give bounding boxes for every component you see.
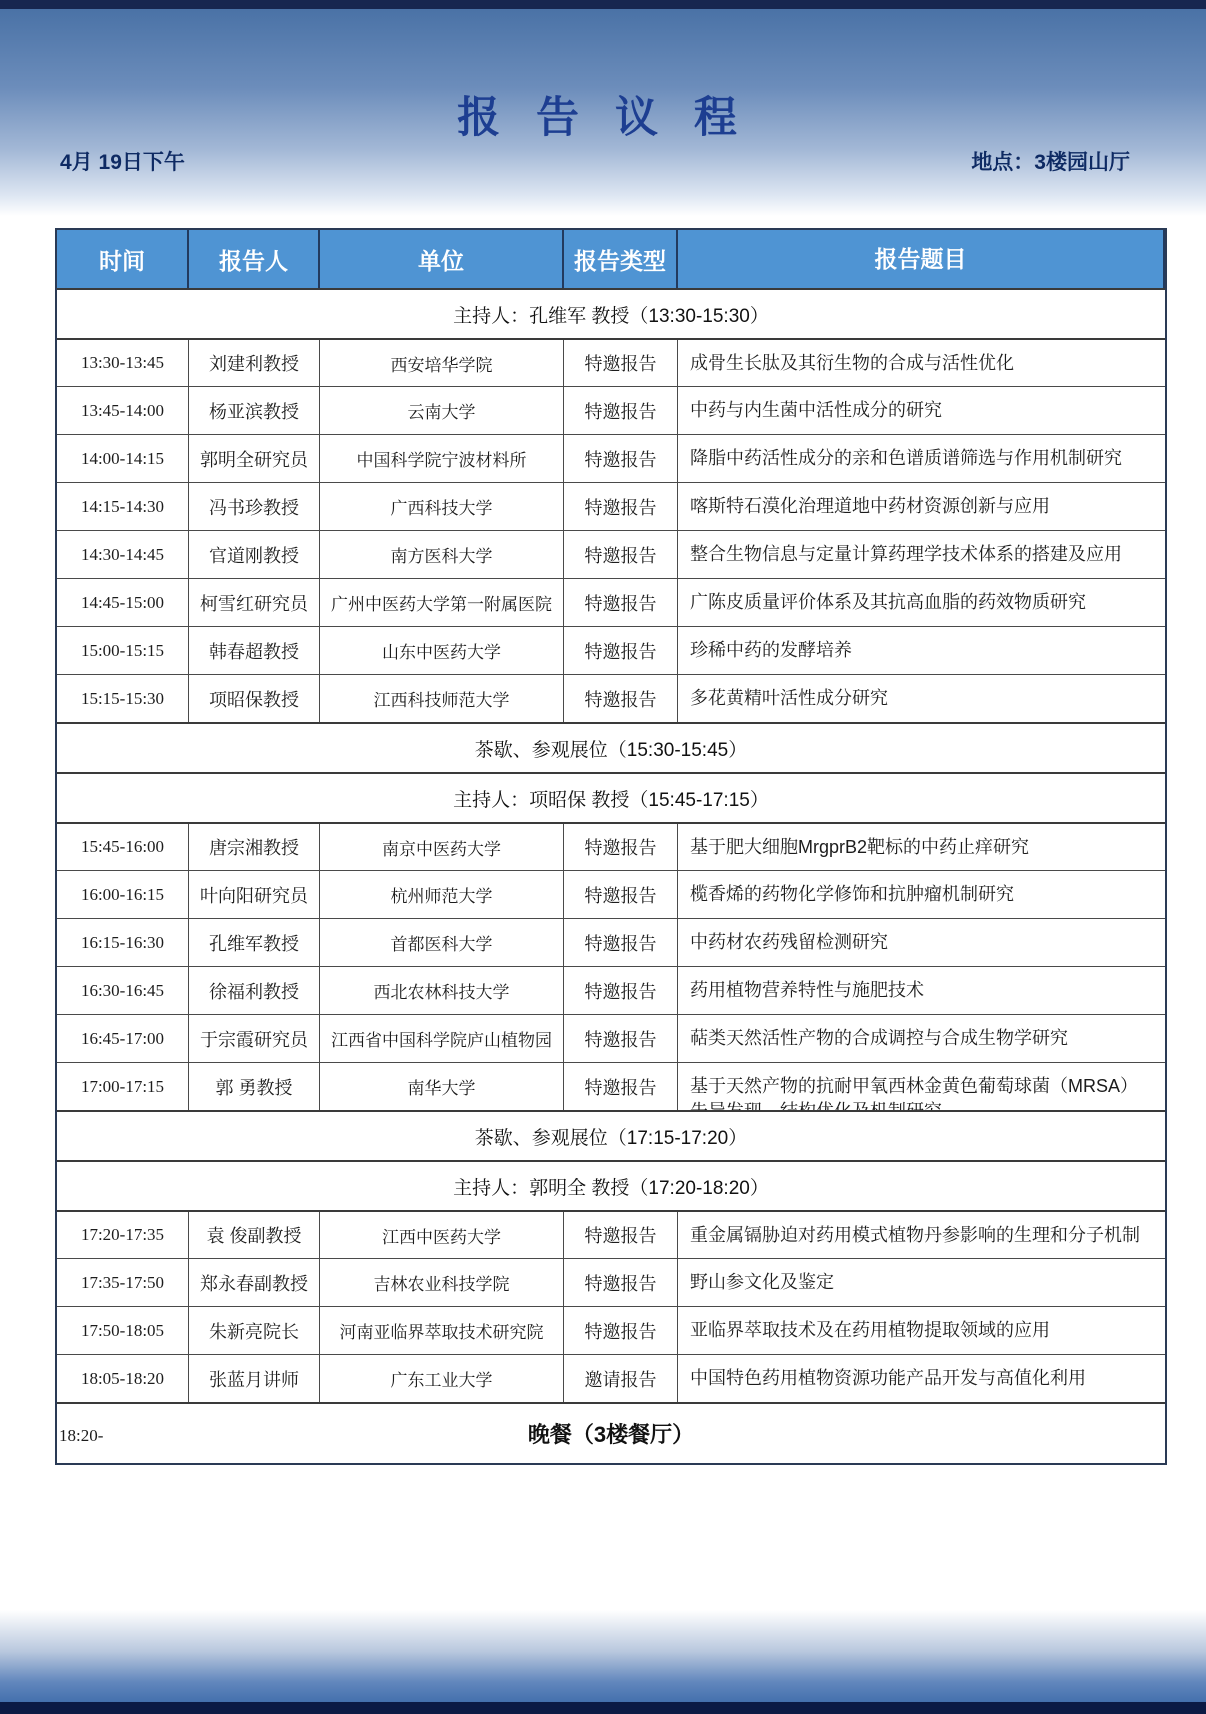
talk-title-cell: 亚临界萃取技术及在药用植物提取领域的应用 [678, 1307, 1165, 1354]
speaker-cell: 韩春超教授 [189, 627, 320, 674]
column-header-talk-title: 报告题目 [678, 230, 1165, 288]
bottom-gradient [0, 1610, 1206, 1702]
talk-title-cell: 降脂中药活性成分的亲和色谱质谱筛选与作用机制研究 [678, 435, 1165, 482]
affiliation-cell: 江西科技师范大学 [320, 675, 564, 722]
talk-title-cell: 药用植物营养特性与施肥技术 [678, 967, 1165, 1014]
talk-title-cell: 中药与内生菌中活性成分的研究 [678, 387, 1165, 434]
agenda-talk-row: 15:15-15:30项昭保教授江西科技师范大学特邀报告多花黄精叶活性成分研究 [57, 674, 1165, 722]
talk-title-cell: 基于天然产物的抗耐甲氧西林金黄色葡萄球菌（MRSA）先导发现、结构优化及机制研究 [678, 1063, 1165, 1110]
talk-type-cell: 邀请报告 [564, 1355, 678, 1402]
talk-type-cell: 特邀报告 [564, 967, 678, 1014]
speaker-cell: 袁 俊副教授 [189, 1212, 320, 1258]
agenda-rows: 主持人：孔维军 教授（13:30-15:30）13:30-13:45刘建利教授西… [57, 288, 1165, 1463]
talk-title-cell: 中药材农药残留检测研究 [678, 919, 1165, 966]
time-cell: 14:00-14:15 [57, 435, 189, 482]
speaker-cell: 冯书珍教授 [189, 483, 320, 530]
column-header-affiliation: 单位 [320, 230, 564, 288]
speaker-cell: 唐宗湘教授 [189, 824, 320, 870]
time-cell: 14:30-14:45 [57, 531, 189, 578]
affiliation-cell: 南京中医药大学 [320, 824, 564, 870]
talk-title-cell: 榄香烯的药物化学修饰和抗肿瘤机制研究 [678, 871, 1165, 918]
talk-title-cell: 重金属镉胁迫对药用模式植物丹参影响的生理和分子机制 [678, 1212, 1165, 1258]
talk-type-cell: 特邀报告 [564, 627, 678, 674]
affiliation-cell: 西安培华学院 [320, 340, 564, 386]
column-header-speaker: 报告人 [189, 230, 320, 288]
affiliation-cell: 江西中医药大学 [320, 1212, 564, 1258]
talk-type-cell: 特邀报告 [564, 531, 678, 578]
talk-type-cell: 特邀报告 [564, 1015, 678, 1062]
talk-type-cell: 特邀报告 [564, 1063, 678, 1110]
agenda-talk-row: 16:30-16:45徐福利教授西北农林科技大学特邀报告药用植物营养特性与施肥技… [57, 966, 1165, 1014]
speaker-cell: 朱新亮院长 [189, 1307, 320, 1354]
section-row: 主持人：郭明全 教授（17:20-18:20） [57, 1160, 1165, 1210]
talk-title-cell: 多花黄精叶活性成分研究 [678, 675, 1165, 722]
agenda-talk-row: 14:45-15:00柯雪红研究员广州中医药大学第一附属医院特邀报告广陈皮质量评… [57, 578, 1165, 626]
affiliation-cell: 云南大学 [320, 387, 564, 434]
talk-type-cell: 特邀报告 [564, 435, 678, 482]
time-cell: 17:00-17:15 [57, 1063, 189, 1110]
section-row: 茶歇、参观展位（17:15-17:20） [57, 1110, 1165, 1160]
time-cell: 17:20-17:35 [57, 1212, 189, 1258]
time-cell: 17:50-18:05 [57, 1307, 189, 1354]
talk-title-cell: 中国特色药用植物资源功能产品开发与高值化利用 [678, 1355, 1165, 1402]
talk-type-cell: 特邀报告 [564, 1307, 678, 1354]
speaker-cell: 刘建利教授 [189, 340, 320, 386]
dinner-text: 晚餐（3楼餐厅） [528, 1418, 694, 1449]
agenda-talk-row: 15:45-16:00唐宗湘教授南京中医药大学特邀报告基于肥大细胞MrgprB2… [57, 822, 1165, 870]
speaker-cell: 柯雪红研究员 [189, 579, 320, 626]
agenda-talk-row: 18:05-18:20张蓝月讲师广东工业大学邀请报告中国特色药用植物资源功能产品… [57, 1354, 1165, 1402]
speaker-cell: 官道刚教授 [189, 531, 320, 578]
affiliation-cell: 江西省中国科学院庐山植物园 [320, 1015, 564, 1062]
agenda-talk-row: 15:00-15:15韩春超教授山东中医药大学特邀报告珍稀中药的发酵培养 [57, 626, 1165, 674]
speaker-cell: 孔维军教授 [189, 919, 320, 966]
affiliation-cell: 广州中医药大学第一附属医院 [320, 579, 564, 626]
affiliation-cell: 南方医科大学 [320, 531, 564, 578]
time-cell: 15:45-16:00 [57, 824, 189, 870]
agenda-talk-row: 14:15-14:30冯书珍教授广西科技大学特邀报告喀斯特石漠化治理道地中药材资… [57, 482, 1165, 530]
column-header-time: 时间 [57, 230, 189, 288]
talk-title-cell: 喀斯特石漠化治理道地中药材资源创新与应用 [678, 483, 1165, 530]
agenda-talk-row: 16:45-17:00于宗霞研究员江西省中国科学院庐山植物园特邀报告萜类天然活性… [57, 1014, 1165, 1062]
time-cell: 15:00-15:15 [57, 627, 189, 674]
affiliation-cell: 河南亚临界萃取技术研究院 [320, 1307, 564, 1354]
speaker-cell: 郑永春副教授 [189, 1259, 320, 1306]
talk-type-cell: 特邀报告 [564, 483, 678, 530]
section-row: 主持人：孔维军 教授（13:30-15:30） [57, 288, 1165, 338]
agenda-talk-row: 16:00-16:15叶向阳研究员杭州师范大学特邀报告榄香烯的药物化学修饰和抗肿… [57, 870, 1165, 918]
talk-type-cell: 特邀报告 [564, 824, 678, 870]
talk-title-cell: 萜类天然活性产物的合成调控与合成生物学研究 [678, 1015, 1165, 1062]
time-cell: 16:30-16:45 [57, 967, 189, 1014]
speaker-cell: 项昭保教授 [189, 675, 320, 722]
time-cell: 13:45-14:00 [57, 387, 189, 434]
speaker-cell: 郭 勇教授 [189, 1063, 320, 1110]
agenda-talk-row: 13:45-14:00杨亚滨教授云南大学特邀报告中药与内生菌中活性成分的研究 [57, 386, 1165, 434]
agenda-talk-row: 14:30-14:45官道刚教授南方医科大学特邀报告整合生物信息与定量计算药理学… [57, 530, 1165, 578]
talk-title-cell: 成骨生长肽及其衍生物的合成与活性优化 [678, 340, 1165, 386]
agenda-table: 时间 报告人 单位 报告类型 报告题目 主持人：孔维军 教授（13:30-15:… [55, 228, 1167, 1465]
talk-type-cell: 特邀报告 [564, 387, 678, 434]
speaker-cell: 张蓝月讲师 [189, 1355, 320, 1402]
agenda-talk-row: 17:35-17:50郑永春副教授吉林农业科技学院特邀报告野山参文化及鉴定 [57, 1258, 1165, 1306]
affiliation-cell: 南华大学 [320, 1063, 564, 1110]
top-navy-strip [0, 0, 1206, 9]
time-cell: 16:45-17:00 [57, 1015, 189, 1062]
agenda-talk-row: 14:00-14:15郭明全研究员中国科学院宁波材料所特邀报告降脂中药活性成分的… [57, 434, 1165, 482]
talk-title-cell: 广陈皮质量评价体系及其抗高血脂的药效物质研究 [678, 579, 1165, 626]
time-cell: 15:15-15:30 [57, 675, 189, 722]
bottom-navy-strip [0, 1702, 1206, 1714]
talk-type-cell: 特邀报告 [564, 340, 678, 386]
bottom-banner [0, 1610, 1206, 1714]
talk-title-cell: 基于肥大细胞MrgprB2靶标的中药止痒研究 [678, 824, 1165, 870]
speaker-cell: 徐福利教授 [189, 967, 320, 1014]
talk-type-cell: 特邀报告 [564, 871, 678, 918]
talk-type-cell: 特邀报告 [564, 675, 678, 722]
agenda-talk-row: 17:00-17:15郭 勇教授南华大学特邀报告基于天然产物的抗耐甲氧西林金黄色… [57, 1062, 1165, 1110]
affiliation-cell: 中国科学院宁波材料所 [320, 435, 564, 482]
dinner-row: 18:20-晚餐（3楼餐厅） [57, 1402, 1165, 1463]
talk-type-cell: 特邀报告 [564, 1259, 678, 1306]
agenda-talk-row: 13:30-13:45刘建利教授西安培华学院特邀报告成骨生长肽及其衍生物的合成与… [57, 338, 1165, 386]
affiliation-cell: 吉林农业科技学院 [320, 1259, 564, 1306]
speaker-cell: 叶向阳研究员 [189, 871, 320, 918]
time-cell: 16:00-16:15 [57, 871, 189, 918]
agenda-talk-row: 17:50-18:05朱新亮院长河南亚临界萃取技术研究院特邀报告亚临界萃取技术及… [57, 1306, 1165, 1354]
talk-title-cell: 珍稀中药的发酵培养 [678, 627, 1165, 674]
time-cell: 14:45-15:00 [57, 579, 189, 626]
section-row: 主持人：项昭保 教授（15:45-17:15） [57, 772, 1165, 822]
talk-title-cell: 野山参文化及鉴定 [678, 1259, 1165, 1306]
section-row: 茶歇、参观展位（15:30-15:45） [57, 722, 1165, 772]
page-title: 报 告 议 程 [0, 84, 1206, 145]
affiliation-cell: 山东中医药大学 [320, 627, 564, 674]
speaker-cell: 于宗霞研究员 [189, 1015, 320, 1062]
table-header-row: 时间 报告人 单位 报告类型 报告题目 [57, 230, 1165, 288]
affiliation-cell: 广西科技大学 [320, 483, 564, 530]
talk-type-cell: 特邀报告 [564, 1212, 678, 1258]
dinner-time: 18:20- [59, 1426, 103, 1446]
speaker-cell: 郭明全研究员 [189, 435, 320, 482]
event-location: 地点：3楼园山厅 [971, 146, 1130, 176]
event-date: 4月 19日下午 [60, 146, 185, 176]
time-cell: 17:35-17:50 [57, 1259, 189, 1306]
time-cell: 18:05-18:20 [57, 1355, 189, 1402]
agenda-talk-row: 17:20-17:35袁 俊副教授江西中医药大学特邀报告重金属镉胁迫对药用模式植… [57, 1210, 1165, 1258]
column-header-talk-type: 报告类型 [564, 230, 678, 288]
agenda-talk-row: 16:15-16:30孔维军教授首都医科大学特邀报告中药材农药残留检测研究 [57, 918, 1165, 966]
top-banner: 报 告 议 程 4月 19日下午 地点：3楼园山厅 [0, 0, 1206, 216]
affiliation-cell: 首都医科大学 [320, 919, 564, 966]
time-cell: 16:15-16:30 [57, 919, 189, 966]
affiliation-cell: 西北农林科技大学 [320, 967, 564, 1014]
affiliation-cell: 广东工业大学 [320, 1355, 564, 1402]
talk-type-cell: 特邀报告 [564, 919, 678, 966]
talk-type-cell: 特邀报告 [564, 579, 678, 626]
time-cell: 13:30-13:45 [57, 340, 189, 386]
affiliation-cell: 杭州师范大学 [320, 871, 564, 918]
talk-title-cell: 整合生物信息与定量计算药理学技术体系的搭建及应用 [678, 531, 1165, 578]
speaker-cell: 杨亚滨教授 [189, 387, 320, 434]
time-cell: 14:15-14:30 [57, 483, 189, 530]
